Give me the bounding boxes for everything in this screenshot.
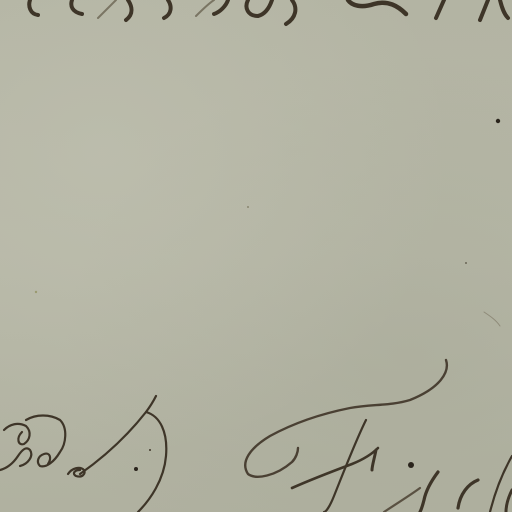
- bottom-right-handwriting: [245, 360, 512, 512]
- bottom-left-handwriting: [0, 396, 166, 512]
- top-handwriting: [29, 0, 508, 24]
- handwriting-ink: [0, 0, 512, 512]
- manuscript-page: ...essues & Th... ...dda) Tisch...: [0, 0, 512, 512]
- ink-dot: [496, 119, 500, 123]
